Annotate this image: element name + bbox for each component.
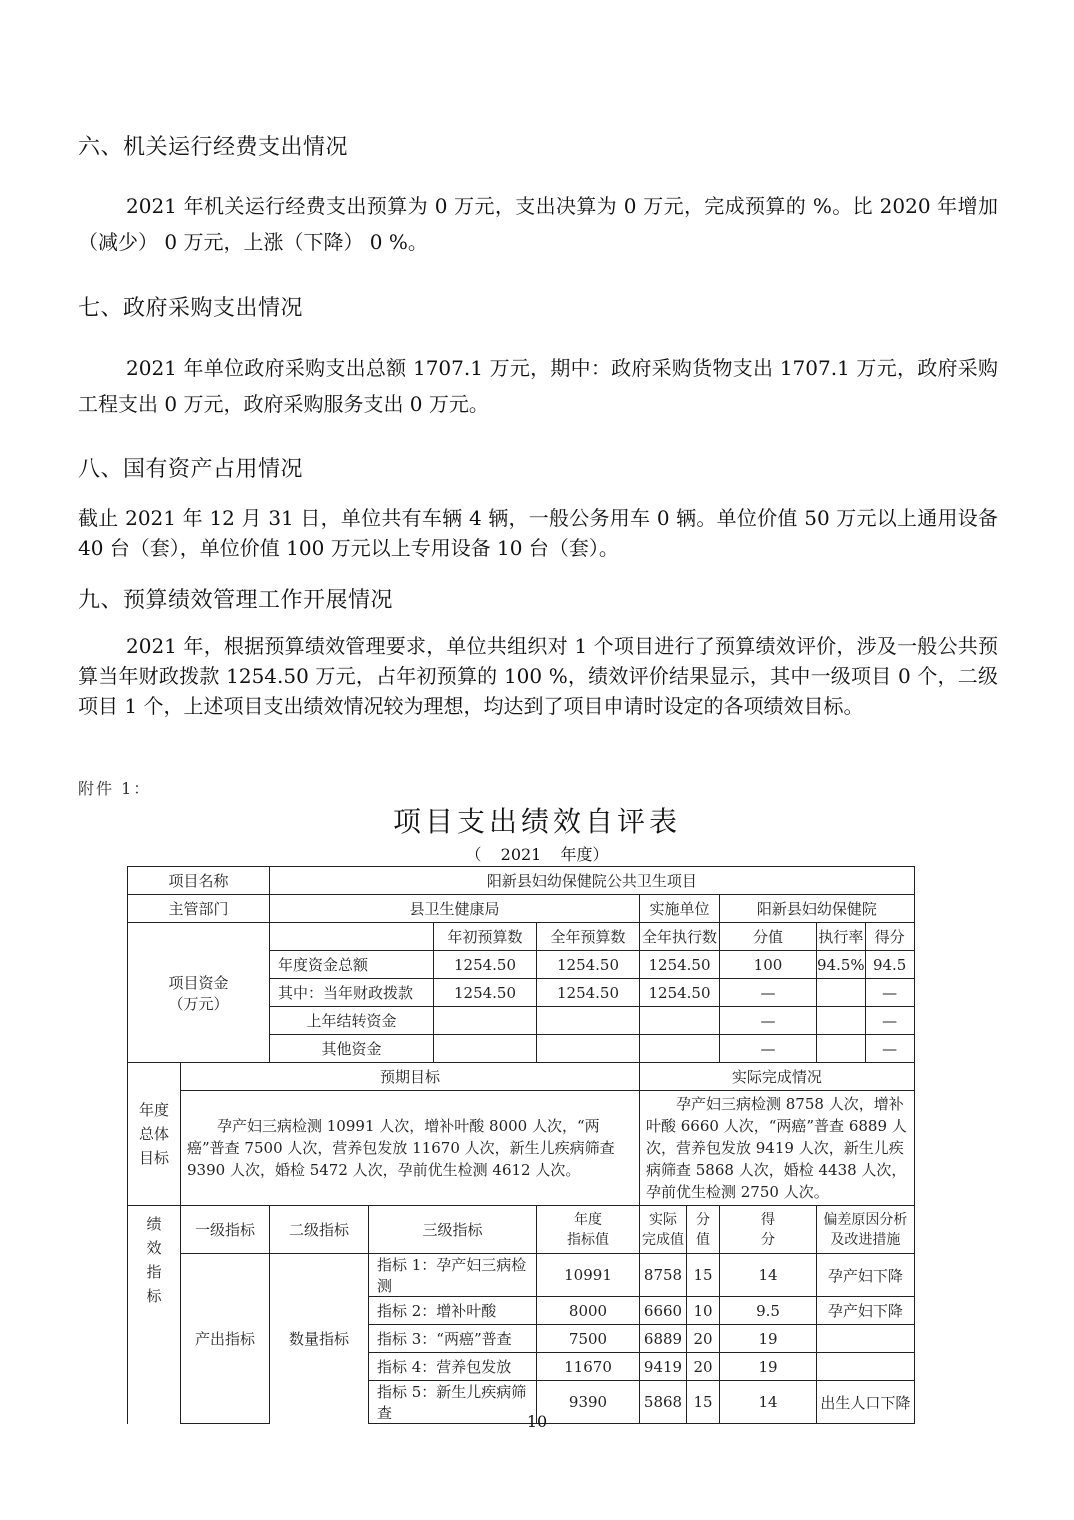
- perf-header-target-line: 年度: [537, 1210, 639, 1230]
- funds-header-exec-rate: 执行率: [817, 923, 866, 951]
- impl-value: 阳新县妇幼保健院: [720, 895, 915, 923]
- actual-goal-text: 孕产妇三病检测 8758 人次，增补叶酸 6660 人次，“两癌”普查 6889…: [640, 1091, 915, 1206]
- perf-actual: 6889: [640, 1325, 687, 1353]
- funds-cell: [434, 1035, 537, 1063]
- funds-cell: [537, 1007, 640, 1035]
- perf-indicator-name: 指标 4：营养包发放: [369, 1353, 537, 1381]
- funds-cell: 1254.50: [640, 979, 720, 1007]
- funds-header-executed: 全年执行数: [640, 923, 720, 951]
- funds-unit: （万元）: [128, 993, 269, 1014]
- goal-label: 年度 总体 目标: [128, 1063, 181, 1206]
- perf-header-got-line: 得: [720, 1210, 816, 1230]
- funds-cell: 1254.50: [640, 951, 720, 979]
- perf-indicator-name: 指标 2：增补叶酸: [369, 1297, 537, 1325]
- project-name-label: 项目名称: [128, 867, 270, 895]
- perf-header-reason-line: 偏差原因分析: [817, 1210, 914, 1230]
- performance-evaluation-table: 项目名称 阳新县妇幼保健院公共卫生项目 主管部门 县卫生健康局 实施单位 阳新县…: [127, 866, 915, 1424]
- perf-header-actual-line: 完成值: [640, 1230, 686, 1250]
- perf-indicator-name: 指标 1：孕产妇三病检测: [369, 1254, 537, 1297]
- perf-target: 8000: [537, 1297, 640, 1325]
- perf-score: 15: [687, 1254, 720, 1297]
- section-6-paragraph: 2021 年机关运行经费支出预算为 0 万元，支出决算为 0 万元，完成预算的 …: [78, 188, 998, 260]
- form-year: （ 2021 年度）: [0, 842, 1074, 865]
- perf-header-reason: 偏差原因分析及改进措施: [817, 1206, 915, 1254]
- dept-value: 县卫生健康局: [270, 895, 640, 923]
- perf-header-got-line: 分: [720, 1230, 816, 1250]
- perf-label: 绩 效 指 标: [128, 1206, 181, 1424]
- funds-cell: [640, 1035, 720, 1063]
- funds-cell: —: [865, 1007, 914, 1035]
- perf-score: 10: [687, 1297, 720, 1325]
- perf-got: 14: [720, 1254, 817, 1297]
- funds-cell: [817, 1035, 866, 1063]
- goal-label-line: 总体: [128, 1122, 180, 1146]
- section-heading-7: 七、政府采购支出情况: [78, 291, 303, 322]
- perf-header-target-line: 指标值: [537, 1230, 639, 1250]
- form-title: 项目支出绩效自评表: [0, 800, 1074, 840]
- funds-label: 项目资金 （万元）: [128, 923, 270, 1063]
- funds-label-text: 项目资金: [128, 972, 269, 993]
- funds-cell: 1254.50: [434, 979, 537, 1007]
- funds-cell: —: [720, 979, 817, 1007]
- expected-goal-header: 预期目标: [181, 1063, 640, 1091]
- perf-header-l3: 三级指标: [369, 1206, 537, 1254]
- perf-header-actual: 实际完成值: [640, 1206, 687, 1254]
- perf-target: 7500: [537, 1325, 640, 1353]
- funds-cell: —: [720, 1007, 817, 1035]
- section-9-paragraph: 2021 年，根据预算绩效管理要求，单位共组织对 1 个项目进行了预算绩效评价，…: [78, 631, 998, 721]
- funds-header-blank: [270, 923, 434, 951]
- perf-header-score: 分值: [687, 1206, 720, 1254]
- funds-header-initial-budget: 年初预算数: [434, 923, 537, 951]
- funds-cell: [817, 979, 866, 1007]
- page-number: 10: [0, 1412, 1074, 1431]
- perf-header-score-line: 分: [687, 1210, 719, 1230]
- impl-label: 实施单位: [640, 895, 720, 923]
- funds-header-score-weight: 分值: [720, 923, 817, 951]
- perf-indicator-name: 指标 3：“两癌”普查: [369, 1325, 537, 1353]
- actual-goal-header: 实际完成情况: [640, 1063, 915, 1091]
- perf-reason: 孕产妇下降: [817, 1254, 915, 1297]
- perf-header-l2: 二级指标: [270, 1206, 369, 1254]
- funds-cell: 1254.50: [537, 979, 640, 1007]
- funds-cell: 94.5%: [817, 951, 866, 979]
- perf-header-actual-line: 实际: [640, 1210, 686, 1230]
- funds-header-score: 得分: [865, 923, 914, 951]
- perf-row: 产出指标 数量指标 指标 1：孕产妇三病检测 10991 8758 15 14 …: [128, 1254, 915, 1297]
- perf-header-score-line: 值: [687, 1230, 719, 1250]
- perf-target: 11670: [537, 1353, 640, 1381]
- perf-l1-value: 产出指标: [181, 1254, 270, 1424]
- project-name: 阳新县妇幼保健院公共卫生项目: [270, 867, 915, 895]
- perf-reason: [817, 1353, 915, 1381]
- funds-cell: —: [720, 1035, 817, 1063]
- perf-label-line: 指: [128, 1260, 180, 1284]
- perf-target: 10991: [537, 1254, 640, 1297]
- perf-header-target: 年度指标值: [537, 1206, 640, 1254]
- funds-cell: 1254.50: [537, 951, 640, 979]
- perf-label-line: 绩: [128, 1212, 180, 1236]
- section-heading-9: 九、预算绩效管理工作开展情况: [78, 583, 393, 614]
- funds-row-label: 上年结转资金: [270, 1007, 434, 1035]
- perf-header-l1: 一级指标: [181, 1206, 270, 1254]
- section-heading-6: 六、机关运行经费支出情况: [78, 130, 348, 161]
- funds-cell: 94.5: [865, 951, 914, 979]
- perf-label-line: 效: [128, 1236, 180, 1260]
- funds-cell: [537, 1035, 640, 1063]
- perf-actual: 6660: [640, 1297, 687, 1325]
- funds-cell: 1254.50: [434, 951, 537, 979]
- funds-cell: [434, 1007, 537, 1035]
- expected-goal-text: 孕产妇三病检测 10991 人次，增补叶酸 8000 人次，“两癌”普查 750…: [181, 1091, 640, 1206]
- section-7-paragraph: 2021 年单位政府采购支出总额 1707.1 万元，期中：政府采购货物支出 1…: [78, 350, 998, 422]
- perf-header-reason-line: 及改进措施: [817, 1230, 914, 1250]
- perf-score: 20: [687, 1325, 720, 1353]
- perf-header-got: 得分: [720, 1206, 817, 1254]
- funds-row-label: 其他资金: [270, 1035, 434, 1063]
- funds-cell: —: [865, 1035, 914, 1063]
- perf-label-line: 标: [128, 1284, 180, 1308]
- attachment-label: 附件 1：: [78, 776, 151, 799]
- funds-cell: [640, 1007, 720, 1035]
- funds-cell: —: [865, 979, 914, 1007]
- funds-row-label: 年度资金总额: [270, 951, 434, 979]
- dept-label: 主管部门: [128, 895, 270, 923]
- funds-header-annual-budget: 全年预算数: [537, 923, 640, 951]
- funds-row-label: 其中：当年财政拨款: [270, 979, 434, 1007]
- perf-actual: 8758: [640, 1254, 687, 1297]
- perf-l2-value: 数量指标: [270, 1254, 369, 1424]
- section-8-paragraph: 截止 2021 年 12 月 31 日，单位共有车辆 4 辆，一般公务用车 0 …: [78, 503, 998, 563]
- funds-cell: [817, 1007, 866, 1035]
- perf-reason: [817, 1325, 915, 1353]
- perf-score: 20: [687, 1353, 720, 1381]
- section-heading-8: 八、国有资产占用情况: [78, 452, 303, 483]
- funds-cell: 100: [720, 951, 817, 979]
- perf-got: 19: [720, 1353, 817, 1381]
- perf-reason: 孕产妇下降: [817, 1297, 915, 1325]
- goal-label-line: 目标: [128, 1146, 180, 1170]
- perf-got: 9.5: [720, 1297, 817, 1325]
- goal-label-line: 年度: [128, 1098, 180, 1122]
- perf-got: 19: [720, 1325, 817, 1353]
- perf-actual: 9419: [640, 1353, 687, 1381]
